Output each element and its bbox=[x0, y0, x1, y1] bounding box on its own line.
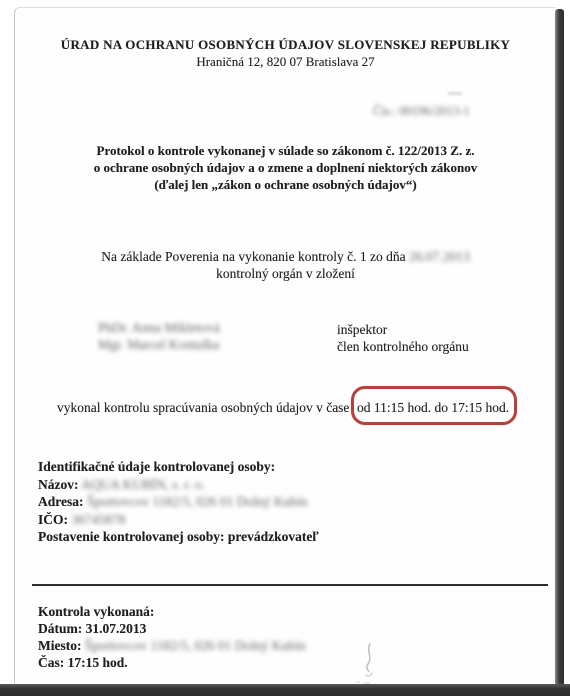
inspector-name-redacted: Mgr. Marcel Kontulka bbox=[98, 336, 219, 353]
identification-row-ico: IČO: 36745878 bbox=[38, 511, 125, 528]
execution-row-cas: Čas: 17:15 hod. bbox=[38, 654, 128, 671]
inspector-role: inšpektor bbox=[337, 321, 387, 338]
inspection-time-line: vykonal kontrolu spracúvania osobných úd… bbox=[57, 399, 349, 416]
basis-line-2: kontrolný orgán v zložení bbox=[15, 265, 556, 282]
miesto-value-redacted: Športovcov 1182/5, 026 01 Dolný Kubín bbox=[85, 638, 306, 653]
execution-row-miesto: Miesto: Športovcov 1182/5, 026 01 Dolný … bbox=[38, 637, 306, 654]
scan-smudge bbox=[448, 92, 462, 95]
file-number-redacted: Čís.: 00196/2013-1 bbox=[373, 103, 470, 120]
adresa-value-redacted: Športovcov 1182/5, 026 01 Dolný Kubín bbox=[87, 494, 308, 509]
postavenie-label: Postavenie kontrolovanej osoby: bbox=[38, 529, 225, 544]
ico-label: IČO: bbox=[38, 512, 68, 527]
basis-date-redacted: 26.07.2013 bbox=[409, 249, 470, 264]
basis-line-1: Na základe Poverenia na vykonanie kontro… bbox=[15, 248, 556, 265]
document-title: Protokol o kontrole vykonanej v súlade s… bbox=[15, 142, 556, 193]
title-line-3: (ďalej len „zákon o ochrane osobných úda… bbox=[15, 176, 556, 193]
execution-heading: Kontrola vykonaná: bbox=[38, 603, 154, 620]
title-line-1: Protokol o kontrole vykonanej v súlade s… bbox=[15, 142, 556, 159]
basis-paragraph: Na základe Poverenia na vykonanie kontro… bbox=[15, 248, 556, 282]
identification-row-postavenie: Postavenie kontrolovanej osoby: prevádzk… bbox=[38, 528, 319, 545]
inspection-time-prefix: vykonal kontrolu spracúvania osobných úd… bbox=[57, 400, 349, 415]
identification-heading: Identifikačné údaje kontrolovanej osoby: bbox=[38, 458, 275, 475]
scan-right-edge bbox=[555, 9, 564, 685]
execution-row-datum: Dátum: 31.07.2013 bbox=[38, 620, 146, 637]
nazov-label: Názov: bbox=[38, 477, 79, 492]
adresa-label: Adresa: bbox=[38, 494, 84, 509]
org-address: Hraničná 12, 820 07 Bratislava 27 bbox=[15, 53, 556, 70]
cas-value: 17:15 hod. bbox=[68, 655, 128, 670]
datum-label: Dátum: bbox=[38, 621, 82, 636]
postavenie-value: prevádzkovateľ bbox=[228, 529, 319, 544]
identification-row-nazov: Názov: AQUA KUBÍN, s. r. o. bbox=[38, 476, 205, 493]
ico-value-redacted: 36745878 bbox=[71, 512, 125, 527]
red-highlight-annotation bbox=[351, 386, 517, 425]
pen-mark bbox=[356, 642, 390, 686]
cas-label: Čas: bbox=[38, 655, 64, 670]
datum-value: 31.07.2013 bbox=[86, 621, 147, 636]
org-name: ÚRAD NA OCHRANU OSOBNÝCH ÚDAJOV SLOVENSK… bbox=[15, 36, 556, 53]
basis-text: Na základe Poverenia na vykonanie kontro… bbox=[101, 249, 405, 264]
inspector-name-redacted: PhDr. Anna Mikletová bbox=[98, 319, 220, 336]
identification-row-adresa: Adresa: Športovcov 1182/5, 026 01 Dolný … bbox=[38, 493, 308, 510]
horizontal-divider bbox=[32, 584, 548, 586]
nazov-value-redacted: AQUA KUBÍN, s. r. o. bbox=[81, 477, 205, 492]
scanned-document: ÚRAD NA OCHRANU OSOBNÝCH ÚDAJOV SLOVENSK… bbox=[0, 0, 570, 696]
miesto-label: Miesto: bbox=[38, 638, 81, 653]
scan-bottom-edge bbox=[0, 684, 570, 696]
inspector-role: člen kontrolného orgánu bbox=[337, 338, 469, 355]
letterhead: ÚRAD NA OCHRANU OSOBNÝCH ÚDAJOV SLOVENSK… bbox=[15, 36, 556, 70]
title-line-2: o ochrane osobných údajov a o zmene a do… bbox=[15, 159, 556, 176]
